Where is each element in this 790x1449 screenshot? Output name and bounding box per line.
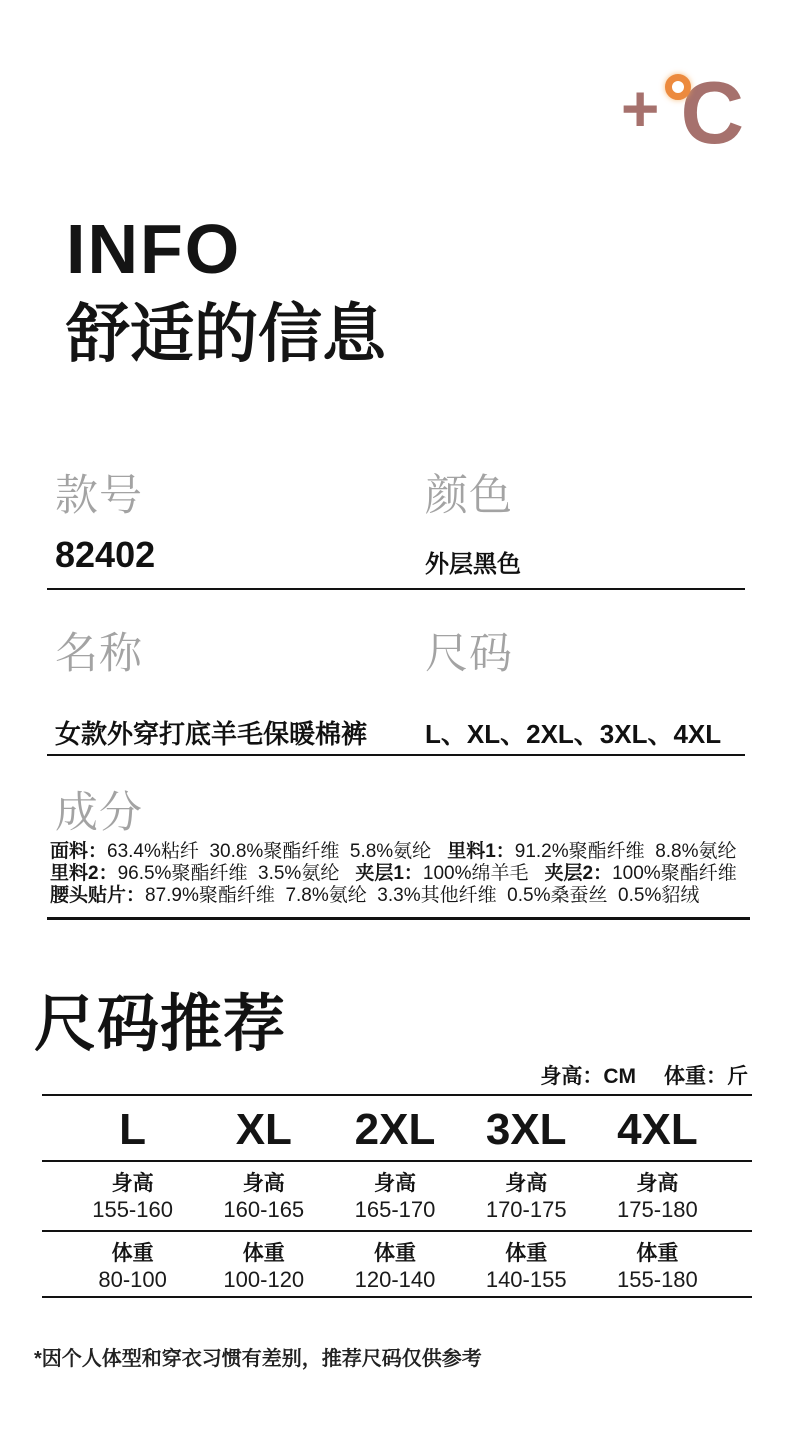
composition-line-1: 面料：63.4%粘纤 30.8%聚酯纤维 5.8%氨纶里料1：91.2%聚酯纤维…	[50, 841, 760, 863]
fabric-value: 63.4%粘纤 30.8%聚酯纤维 5.8%氨纶	[107, 841, 431, 862]
height-row-label: 身高	[329, 1171, 460, 1196]
height-cell: 身高 160-165	[198, 1171, 329, 1224]
height-unit: 身高：CM	[540, 1065, 636, 1088]
composition-text: 面料：63.4%粘纤 30.8%聚酯纤维 5.8%氨纶里料1：91.2%聚酯纤维…	[50, 841, 760, 907]
weight-value: 140-155	[461, 1266, 592, 1294]
weight-cell: 体重 140-155	[461, 1241, 592, 1294]
table-line	[42, 1230, 752, 1232]
table-bottom-line	[42, 1296, 752, 1298]
height-value: 160-165	[198, 1196, 329, 1224]
height-row-label: 身高	[67, 1171, 198, 1196]
weight-row: 体重 80-100 体重 100-120 体重 120-140 体重 140-1…	[45, 1241, 745, 1294]
size-table-header: L XL 2XL 3XL 4XL	[45, 1102, 745, 1158]
composition-label: 成分	[55, 789, 143, 837]
color-value: 外层黑色	[425, 544, 521, 579]
lining1-key: 里料1：	[447, 841, 515, 862]
name-value: 女款外穿打底羊毛保暖棉裤	[55, 714, 367, 751]
sizes-value: L、XL、2XL、3XL、4XL	[425, 714, 721, 751]
height-value: 175-180	[592, 1196, 723, 1224]
size-header-4xl: 4XL	[592, 1102, 723, 1158]
name-label: 名称	[55, 630, 143, 678]
height-row: 身高 155-160 身高 160-165 身高 165-170 身高 170-…	[45, 1171, 745, 1224]
interlayer1-value: 100%绵羊毛	[423, 863, 529, 884]
lining2-value: 96.5%聚酯纤维 3.5%氨纶	[118, 863, 340, 884]
height-value: 165-170	[329, 1196, 460, 1224]
weight-cell: 体重 155-180	[592, 1241, 723, 1294]
weight-cell: 体重 120-140	[329, 1241, 460, 1294]
divider	[47, 588, 745, 590]
waistband-key: 腰头贴片：	[50, 885, 145, 906]
lining2-key: 里料2：	[50, 863, 118, 884]
sizes-label: 尺码	[425, 630, 513, 678]
size-header-xl: XL	[198, 1102, 329, 1158]
weight-value: 100-120	[198, 1266, 329, 1294]
weight-value: 80-100	[67, 1266, 198, 1294]
weight-value: 120-140	[329, 1266, 460, 1294]
weight-row-label: 体重	[592, 1241, 723, 1266]
weight-value: 155-180	[592, 1266, 723, 1294]
composition-line-3: 腰头贴片：87.9%聚酯纤维 7.8%氨纶 3.3%其他纤维 0.5%桑蚕丝 0…	[50, 885, 760, 907]
style-no-label: 款号	[55, 472, 143, 520]
height-cell: 身高 170-175	[461, 1171, 592, 1224]
weight-row-label: 体重	[461, 1241, 592, 1266]
weight-unit: 体重：斤	[664, 1065, 748, 1088]
size-header-l: L	[67, 1102, 198, 1158]
composition-line-2: 里料2：96.5%聚酯纤维 3.5%氨纶夹层1：100%绵羊毛夹层2：100%聚…	[50, 863, 760, 885]
height-value: 155-160	[67, 1196, 198, 1224]
table-line	[42, 1160, 752, 1162]
weight-row-label: 体重	[67, 1241, 198, 1266]
size-header-2xl: 2XL	[329, 1102, 460, 1158]
height-row-label: 身高	[461, 1171, 592, 1196]
product-info-page: + C INFO 舒适的信息 款号 颜色 82402 外层黑色 名称 尺码 女款…	[0, 0, 790, 1449]
divider-thick	[47, 917, 750, 920]
style-no-value: 82402	[55, 534, 155, 576]
units-note: 身高：CM体重：斤	[390, 1060, 748, 1090]
size-guide-title: 尺码推荐	[34, 992, 286, 1058]
page-title: INFO	[66, 213, 241, 285]
weight-cell: 体重 100-120	[198, 1241, 329, 1294]
weight-cell: 体重 80-100	[67, 1241, 198, 1294]
interlayer2-value: 100%聚酯纤维	[612, 863, 737, 884]
color-label: 颜色	[425, 472, 513, 520]
height-value: 170-175	[461, 1196, 592, 1224]
height-row-label: 身高	[592, 1171, 723, 1196]
height-row-label: 身高	[198, 1171, 329, 1196]
weight-row-label: 体重	[329, 1241, 460, 1266]
size-header-3xl: 3XL	[461, 1102, 592, 1158]
brand-logo: + C	[621, 74, 744, 148]
height-cell: 身高 165-170	[329, 1171, 460, 1224]
interlayer1-key: 夹层1：	[355, 863, 423, 884]
waistband-value: 87.9%聚酯纤维 7.8%氨纶 3.3%其他纤维 0.5%桑蚕丝 0.5%貂绒	[145, 885, 699, 906]
page-subtitle: 舒适的信息	[66, 299, 386, 369]
table-top-line	[42, 1094, 752, 1096]
interlayer2-key: 夹层2：	[545, 863, 613, 884]
divider	[47, 754, 745, 756]
height-cell: 身高 175-180	[592, 1171, 723, 1224]
lining1-value: 91.2%聚酯纤维 8.8%氨纶	[515, 841, 737, 862]
fabric-key: 面料：	[50, 841, 107, 862]
height-cell: 身高 155-160	[67, 1171, 198, 1224]
size-disclaimer: *因个人体型和穿衣习惯有差别，推荐尺码仅供参考	[34, 1342, 482, 1371]
plus-glyph: +	[621, 79, 660, 138]
weight-row-label: 体重	[198, 1241, 329, 1266]
